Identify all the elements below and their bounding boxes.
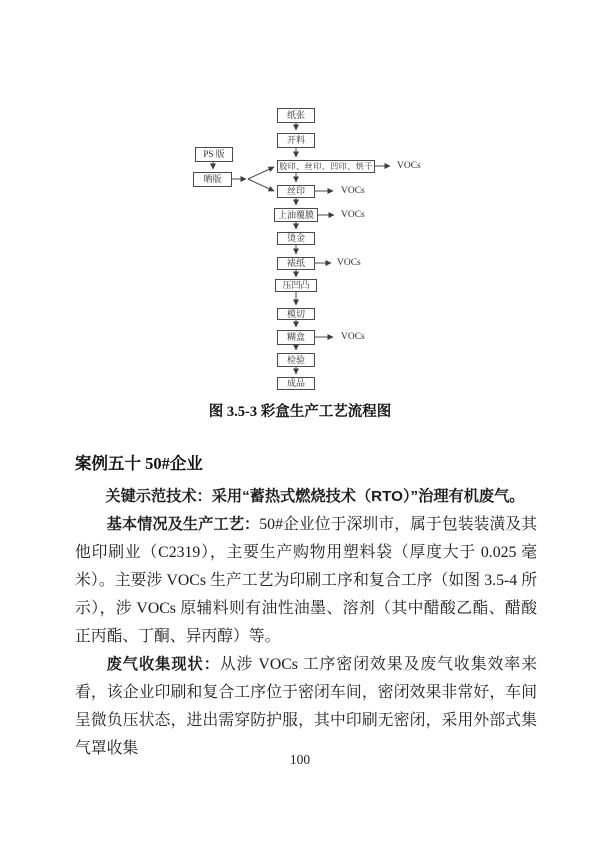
flow-node-box-gluing: 糊盒 (277, 330, 315, 345)
flow-node-screen-printing: 丝印 (277, 185, 315, 198)
document-page: 纸张 开料 胶印、丝印、凹印、烘干 丝印 上油覆膜 烫金 裱纸 压凹凸 模切 糊… (0, 0, 600, 848)
flow-node-paper-mounting: 裱纸 (277, 257, 315, 270)
flow-node-ps-plate: PS 版 (195, 147, 233, 162)
flow-node-inspection: 检验 (277, 353, 315, 367)
flow-node-hot-stamping: 烫金 (277, 232, 315, 245)
vocs-output-label: VOCs (337, 257, 361, 269)
page-number: 100 (0, 752, 600, 768)
flow-node-die-cutting: 模切 (277, 308, 315, 320)
vocs-output-label: VOCs (341, 331, 365, 343)
paragraph-basic-info: 基本情况及生产工艺：50#企业位于深圳市，属于包装装潢及其他印刷业（C2319）… (75, 511, 537, 651)
flow-node-oil-laminating: 上油覆膜 (274, 208, 318, 222)
paragraph-lead: 关键示范技术： (105, 488, 211, 505)
paragraph-gas-collection: 废气收集现状：从涉 VOCs 工序密闭效果及废气收集效率来看，该企业印刷和复合工… (75, 651, 537, 763)
vocs-output-label: VOCs (397, 160, 421, 172)
paragraph-key-technology: 关键示范技术：采用“蓄热式燃烧技术（RTO）”治理有机废气。 (75, 483, 537, 511)
flow-node-plate-exposure: 晒版 (193, 172, 232, 187)
vocs-output-label: VOCs (341, 209, 365, 221)
flow-node-material-cutting: 开料 (277, 133, 315, 148)
flow-node-finished-product: 成品 (277, 377, 315, 390)
paragraph-lead: 基本情况及生产工艺： (107, 516, 260, 533)
paragraph-text: 50#企业位于深圳市，属于包装装潢及其他印刷业（C2319），主要生产购物用塑料… (75, 516, 537, 645)
flow-node-paper: 纸张 (277, 108, 315, 123)
paragraph-text: 采用“蓄热式燃烧技术（RTO）”治理有机废气。 (212, 488, 525, 505)
flow-node-printing-drying: 胶印、丝印、凹印、烘干 (277, 160, 375, 173)
flow-node-embossing: 压凹凸 (275, 279, 317, 292)
figure-caption: 图 3.5-3 彩盒生产工艺流程图 (0, 400, 600, 421)
process-flow-diagram: 纸张 开料 胶印、丝印、凹印、烘干 丝印 上油覆膜 烫金 裱纸 压凹凸 模切 糊… (185, 103, 435, 395)
paragraph-lead: 废气收集现状： (107, 656, 220, 673)
section-body: 案例五十 50#企业 关键示范技术：采用“蓄热式燃烧技术（RTO）”治理有机废气… (75, 452, 537, 763)
vocs-output-label: VOCs (341, 185, 365, 197)
section-heading: 案例五十 50#企业 (75, 452, 537, 476)
